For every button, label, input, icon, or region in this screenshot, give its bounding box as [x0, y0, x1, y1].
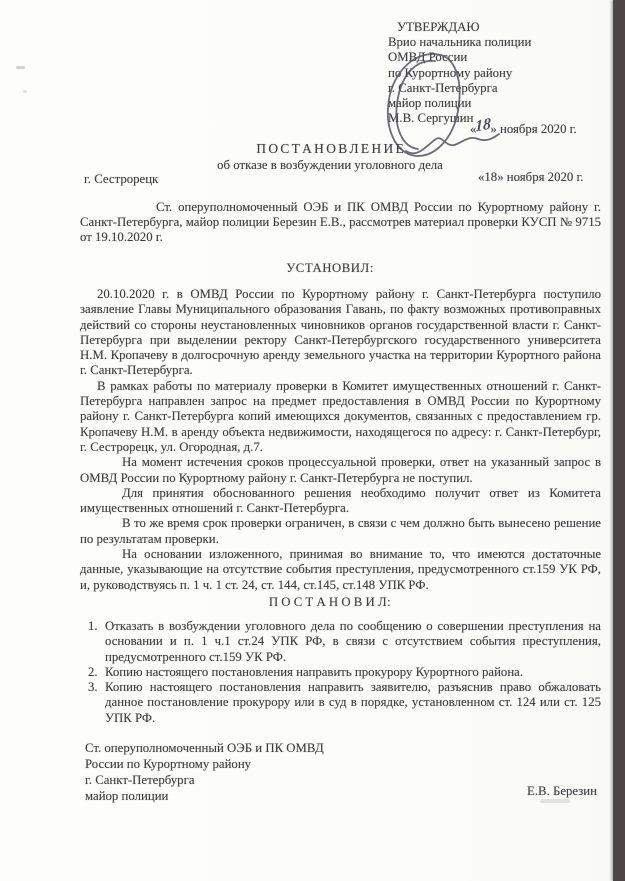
resolved-heading: П О С Т А Н О В И Л:: [30, 595, 625, 610]
established-body: 20.10.2020 г. в ОМВД России по Курортном…: [80, 287, 601, 593]
established-heading: УСТАНОВИЛ:: [30, 261, 625, 276]
item-text: Отказать в возбуждении уголовного дела п…: [105, 619, 601, 665]
item-number: 2.: [88, 665, 105, 680]
signer-name: Е.В. Березин: [440, 784, 597, 799]
body-paragraph: 20.10.2020 г. в ОМВД России по Курортном…: [80, 287, 601, 379]
body-paragraph: Для принятия обоснованного решения необх…: [80, 486, 601, 517]
scan-speck: [23, 90, 27, 93]
resolution-item: 3. Копию настоящего постановления направ…: [88, 680, 601, 726]
scan-smudge: [540, 799, 570, 803]
date-rest: » ноября 2020 г.: [490, 122, 576, 136]
resolution-item: 1. Отказать в возбуждении уголовного дел…: [88, 619, 601, 665]
officer-signature-block: Ст. оперуполномоченный ОЭБ и ПК ОМВД Рос…: [85, 741, 324, 805]
item-number: 3.: [88, 680, 105, 726]
intro-paragraph: Ст. оперуполномоченный ОЭБ и ПК ОМВД Рос…: [80, 200, 601, 245]
approval-block: УТВЕРЖДАЮ Врио начальника полиции ОМВД Р…: [388, 20, 603, 126]
body-paragraph: На основании изложенного, принимая во вн…: [80, 547, 601, 593]
approval-title: УТВЕРЖДАЮ: [397, 20, 603, 35]
approval-line: Врио начальника полиции: [388, 35, 603, 50]
footer-line: России по Курортному району: [85, 757, 324, 773]
item-text: Копию настоящего постановления направить…: [105, 665, 601, 680]
document-title: П О С Т А Н О В Л Е Н И Е: [30, 141, 625, 157]
approval-line: по Курортному району: [388, 66, 603, 81]
body-paragraph: В рамках работы по материалу проверки в …: [80, 379, 601, 455]
document-place: г. Сестрорецк: [84, 172, 158, 187]
approval-line: ОМВД России: [388, 50, 603, 65]
handwritten-day: 18: [476, 115, 492, 136]
footer-line: майор полиции: [85, 789, 324, 805]
item-number: 1.: [88, 619, 105, 665]
approval-date-line: «18» ноября 2020 г.: [470, 120, 577, 138]
scan-edge-strip: [613, 0, 625, 881]
footer-line: Ст. оперуполномоченный ОЭБ и ПК ОМВД: [85, 741, 324, 757]
body-paragraph: В то же время срок проверки ограничен, в…: [80, 516, 601, 547]
footer-line: г. Санкт-Петербурга: [85, 773, 324, 789]
body-paragraph: На момент истечения сроков процессуально…: [80, 455, 601, 486]
scanned-document-page: УТВЕРЖДАЮ Врио начальника полиции ОМВД Р…: [0, 0, 625, 881]
resolution-item: 2. Копию настоящего постановления направ…: [88, 665, 601, 680]
approval-line: г. Санкт-Петербурга: [388, 81, 603, 96]
scan-speck: [16, 66, 25, 69]
item-text: Копию настоящего постановления направить…: [105, 680, 601, 726]
approval-line: майор полиции: [388, 96, 603, 111]
document-date: «18» ноября 2020 г.: [478, 170, 583, 185]
resolution-list: 1. Отказать в возбуждении уголовного дел…: [88, 619, 601, 726]
